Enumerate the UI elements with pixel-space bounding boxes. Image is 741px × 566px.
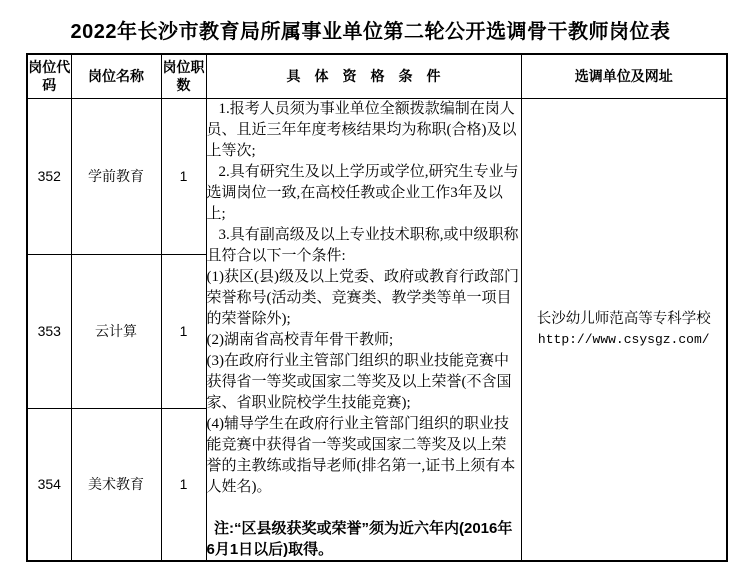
position-count-cell: 1 xyxy=(161,98,206,255)
page-title: 2022年长沙市教育局所属事业单位第二轮公开选调骨干教师岗位表 xyxy=(0,0,741,44)
position-code-cell: 354 xyxy=(27,408,71,560)
table-header-row: 岗位代码 岗位名称 岗位职数 具 体 资 格 条 件 选调单位及网址 xyxy=(27,54,727,98)
column-header-unit: 选调单位及网址 xyxy=(521,54,727,98)
unit-url: http://www.csysgz.com/ xyxy=(522,330,727,350)
position-code-cell: 352 xyxy=(27,98,71,255)
qualification-item-3: 3.具有副高级及以上专业技术职称,或中级职称且符合以下一个条件: xyxy=(207,225,521,267)
qualification-subitem-3: (3)在政府行业主管部门组织的职业技能竞赛中获得省一等奖或国家二等奖及以上荣誉(… xyxy=(207,351,521,414)
position-table: 岗位代码 岗位名称 岗位职数 具 体 资 格 条 件 选调单位及网址 352 学… xyxy=(26,53,728,562)
position-code-cell: 353 xyxy=(27,255,71,408)
qualification-note: 注:“区县级获奖或荣誉”须为近六年内(2016年6月1日以后)取得。 xyxy=(207,518,521,560)
position-name-cell: 学前教育 xyxy=(71,98,161,255)
document-page: 2022年长沙市教育局所属事业单位第二轮公开选调骨干教师岗位表 岗位代码 岗位名… xyxy=(0,0,741,566)
table-row: 352 学前教育 1 1.报考人员须为事业单位全额拨款编制在岗人员、且近三年年度… xyxy=(27,98,727,255)
position-count-cell: 1 xyxy=(161,408,206,560)
qualification-subitem-2: (2)湖南省高校青年骨干教师; xyxy=(207,330,521,351)
column-header-qualifications: 具 体 资 格 条 件 xyxy=(206,54,521,98)
column-header-position-count: 岗位职数 xyxy=(161,54,206,98)
unit-name: 长沙幼儿师范高等专科学校 xyxy=(522,308,727,330)
qualification-item-2: 2.具有研究生及以上学历或学位,研究生专业与选调岗位一致,在高校任教或企业工作3… xyxy=(207,162,521,225)
unit-cell: 长沙幼儿师范高等专科学校 http://www.csysgz.com/ xyxy=(521,98,727,561)
qualification-subitem-4: (4)辅导学生在政府行业主管部门组织的职业技能竞赛中获得省一等奖或国家二等奖及以… xyxy=(207,414,521,498)
column-header-position-code: 岗位代码 xyxy=(27,54,71,98)
position-name-cell: 美术教育 xyxy=(71,408,161,560)
qualifications-cell: 1.报考人员须为事业单位全额拨款编制在岗人员、且近三年年度考核结果均为称职(合格… xyxy=(206,98,521,561)
qualification-subitem-1: (1)获区(县)级及以上党委、政府或教育行政部门荣誉称号(活动类、竞赛类、教学类… xyxy=(207,267,521,330)
column-header-position-name: 岗位名称 xyxy=(71,54,161,98)
position-name-cell: 云计算 xyxy=(71,255,161,408)
qualification-item-1: 1.报考人员须为事业单位全额拨款编制在岗人员、且近三年年度考核结果均为称职(合格… xyxy=(207,99,521,162)
position-count-cell: 1 xyxy=(161,255,206,408)
